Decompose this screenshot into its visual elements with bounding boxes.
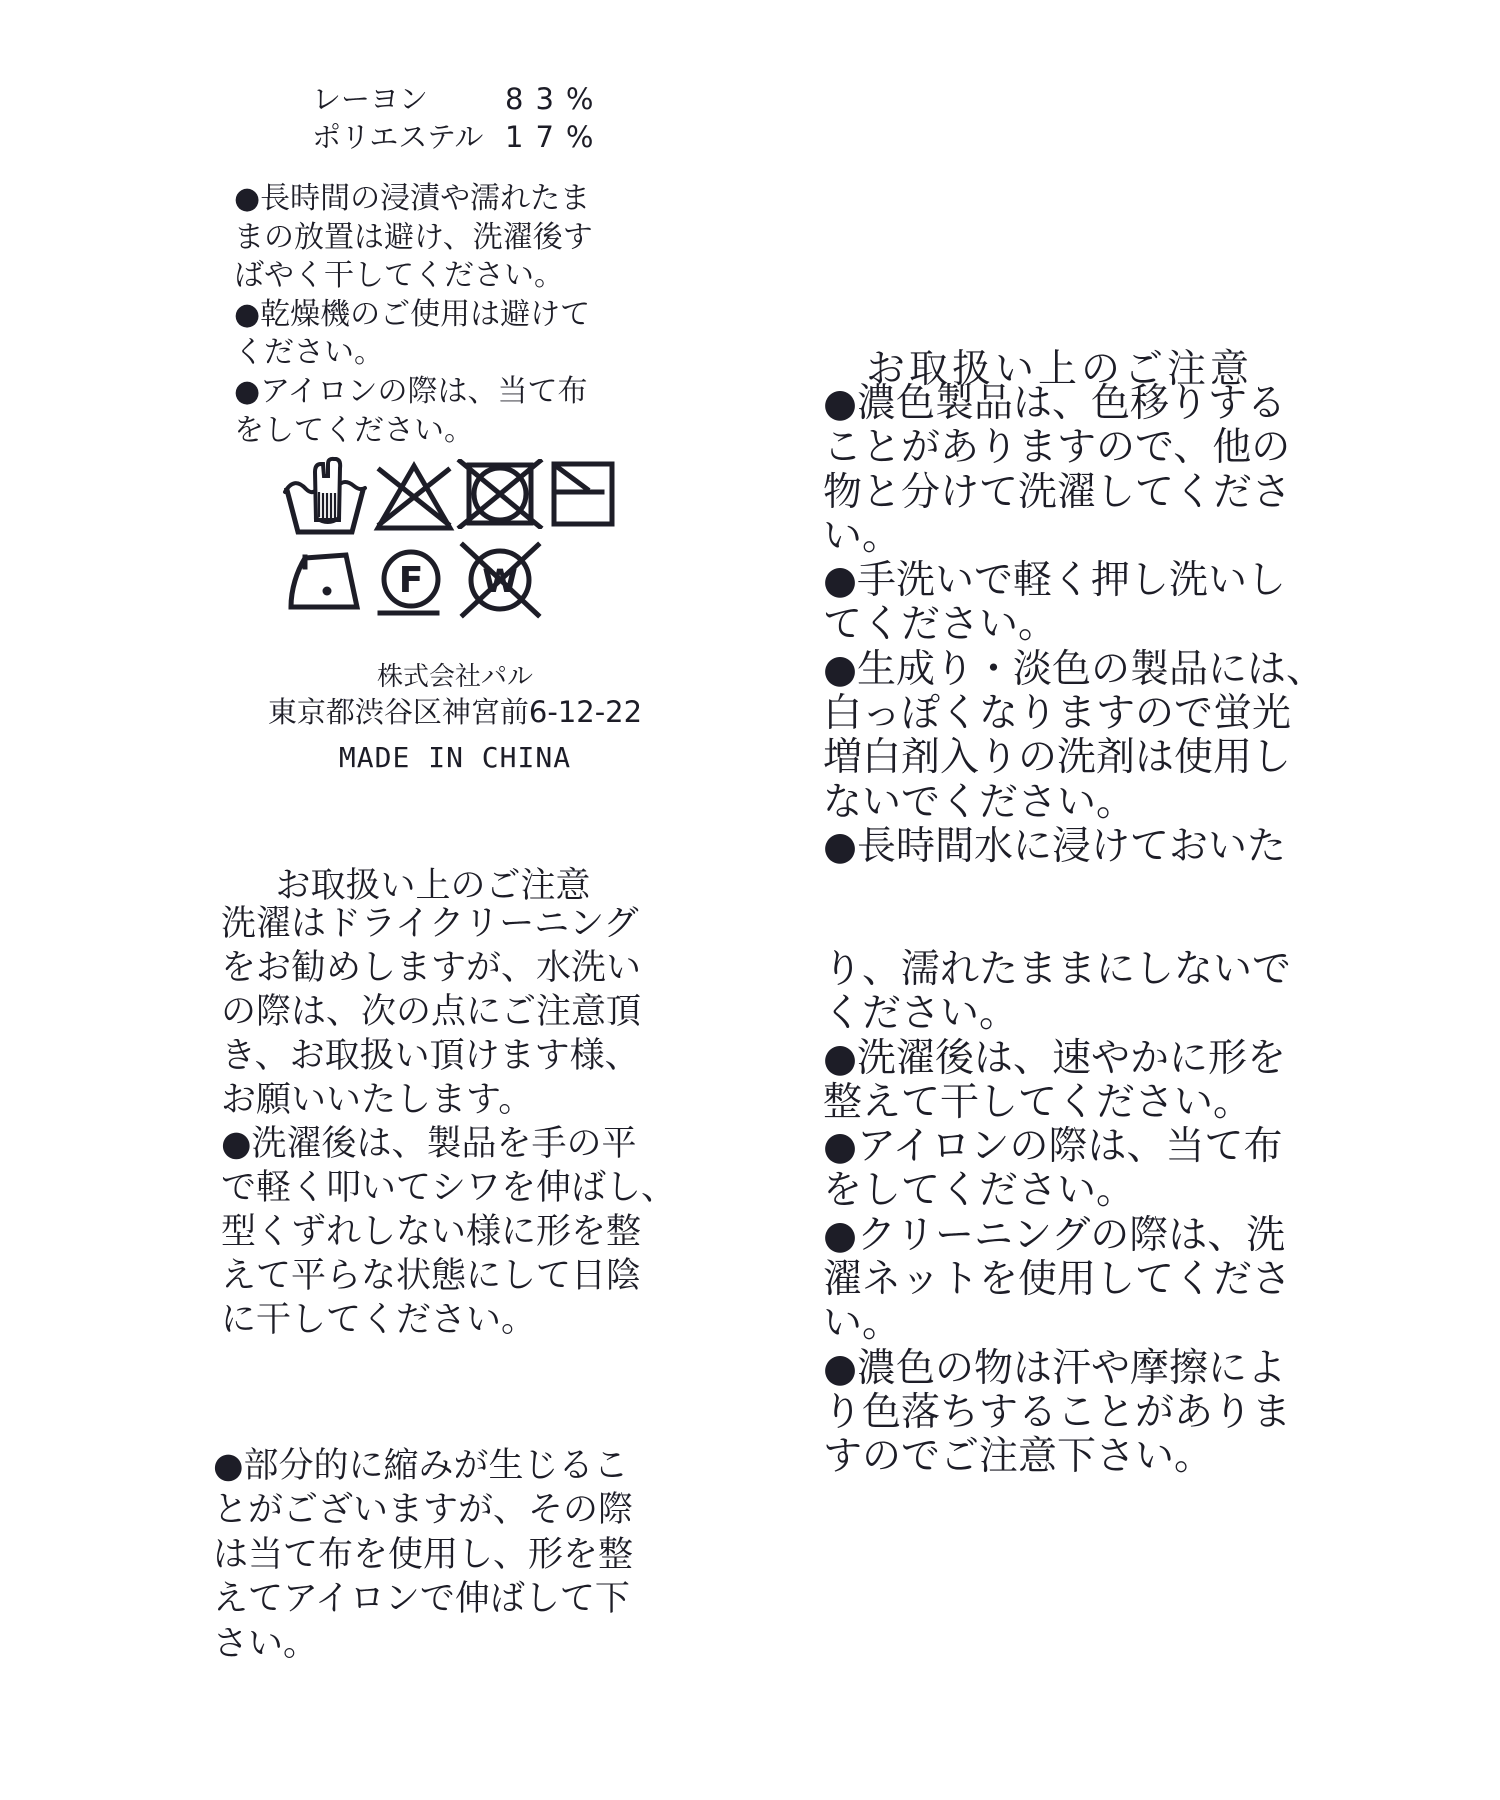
care-note-line: 濯ネットを使用してくださ — [823, 1258, 1291, 1302]
care-note-line: 物と分けて洗濯してくださ — [823, 471, 1325, 515]
care-note-line: に干してください。 — [221, 1298, 676, 1342]
care-label-page: レーヨン 83% ポリエステル 17% ●長時間の浸漬や濡れたま まの放置は避け… — [0, 0, 1500, 1800]
fiber-percentage: 17% — [505, 118, 605, 156]
care-note-line: ●長時間の浸漬や濡れたま — [234, 180, 593, 219]
care-note-line: ばやく干してください。 — [234, 257, 593, 296]
dry-clean-petroleum-icon: F — [377, 548, 445, 618]
care-note-line: い。 — [823, 515, 1325, 559]
do-not-tumble-dry-icon — [456, 459, 544, 529]
care-note-line: 白っぽくなりますので蛍光 — [823, 692, 1325, 736]
right-notice-body: ●濃色製品は、色移りする ことがありますので、他の 物と分けて洗濯してくださ い… — [823, 382, 1325, 869]
hand-wash-icon — [282, 456, 368, 536]
care-note-line: い。 — [823, 1302, 1291, 1346]
country-of-origin: MADE IN CHINA — [230, 741, 680, 774]
left-notice-heading: お取扱い上のご注意 — [221, 858, 645, 908]
care-note-line: 洗濯はドライクリーニング — [221, 902, 676, 946]
care-note-line: ください。 — [234, 334, 593, 373]
care-note-line: お願いいたします。 — [221, 1078, 676, 1122]
left-notice-body: 洗濯はドライクリーニング をお勧めしますが、水洗い の際は、次の点にご注意頂 き… — [221, 902, 676, 1342]
svg-text:F: F — [399, 560, 424, 601]
right-notice-body-continued: り、濡れたままにしないで ください。 ●洗濯後は、速やかに形を 整えて干してくだ… — [823, 948, 1291, 1480]
care-note-line: き、お取扱い頂けます様、 — [221, 1034, 676, 1078]
care-note-line: ●長時間水に浸けておいた — [823, 825, 1325, 869]
care-note-line: をお勧めしますが、水洗い — [221, 946, 676, 990]
care-note-line: ●濃色の物は汗や摩擦によ — [823, 1347, 1291, 1391]
care-note-line: で軽く叩いてシワを伸ばし、 — [221, 1166, 676, 1210]
care-note-line: 整えて干してください。 — [823, 1081, 1291, 1125]
care-note-line: り色落ちすることがありま — [823, 1391, 1291, 1435]
care-note-line: ●クリーニングの際は、洗 — [823, 1214, 1291, 1258]
care-note-line: えて平らな状態にして日陰 — [221, 1254, 676, 1298]
fabric-composition: レーヨン 83% ポリエステル 17% — [312, 80, 632, 156]
care-note-line: 増白剤入りの洗剤は使用し — [823, 736, 1325, 780]
care-note-line: すのでご注意下さい。 — [823, 1435, 1291, 1479]
care-note-line: 型くずれしない様に形を整 — [221, 1210, 676, 1254]
dry-flat-in-shade-icon — [549, 459, 617, 529]
care-notes-top: ●長時間の浸漬や濡れたま まの放置は避け、洗濯後す ばやく干してください。 ●乾… — [234, 180, 593, 450]
care-note-line: えてアイロンで伸ばして下 — [213, 1577, 633, 1621]
care-note-line: ●洗濯後は、製品を手の平 — [221, 1122, 676, 1166]
care-note-line: まの放置は避け、洗濯後す — [234, 219, 593, 258]
care-note-line: ●洗濯後は、速やかに形を — [823, 1037, 1291, 1081]
care-note-line: ●アイロンの際は、当て布 — [823, 1125, 1291, 1169]
care-note-line: てください。 — [823, 603, 1325, 647]
care-note-line: り、濡れたままにしないで — [823, 948, 1291, 992]
fiber-name: ポリエステル — [312, 118, 483, 156]
care-note-line: ください。 — [823, 992, 1291, 1036]
care-note-line: さい。 — [213, 1622, 633, 1666]
care-note-line: をしてください。 — [823, 1169, 1291, 1213]
care-note-line: ●手洗いで軽く押し洗いし — [823, 559, 1325, 603]
company-name: 株式会社パル — [230, 656, 680, 693]
care-note-line: ●乾燥機のご使用は避けて — [234, 296, 593, 335]
care-note-line: は当て布を使用し、形を整 — [213, 1533, 633, 1577]
care-note-line: ●生成り・淡色の製品には、 — [823, 648, 1325, 692]
care-note-line: とがございますが、その際 — [213, 1488, 633, 1532]
composition-row: レーヨン 83% — [312, 80, 632, 118]
care-note-line: ないでください。 — [823, 781, 1325, 825]
company-address: 東京都渋谷区神宮前6-12-22 — [230, 690, 680, 731]
care-note-line: ●部分的に縮みが生じるこ — [213, 1444, 633, 1488]
composition-row: ポリエステル 17% — [312, 118, 632, 156]
fiber-name: レーヨン — [312, 80, 428, 118]
iron-low-heat-icon — [284, 549, 364, 613]
do-not-wet-clean-icon: W — [455, 541, 545, 619]
care-note-line: をしてください。 — [234, 412, 593, 451]
fiber-percentage: 83% — [505, 80, 605, 118]
do-not-bleach-icon — [372, 458, 456, 536]
care-note-line: ことがありますので、他の — [823, 426, 1325, 470]
care-note-line: の際は、次の点にご注意頂 — [221, 990, 676, 1034]
care-note-line: ●アイロンの際は、当て布 — [234, 373, 593, 412]
care-note-line: ●濃色製品は、色移りする — [823, 382, 1325, 426]
left-notice-body-continued: ●部分的に縮みが生じるこ とがございますが、その際 は当て布を使用し、形を整 え… — [213, 1444, 633, 1666]
